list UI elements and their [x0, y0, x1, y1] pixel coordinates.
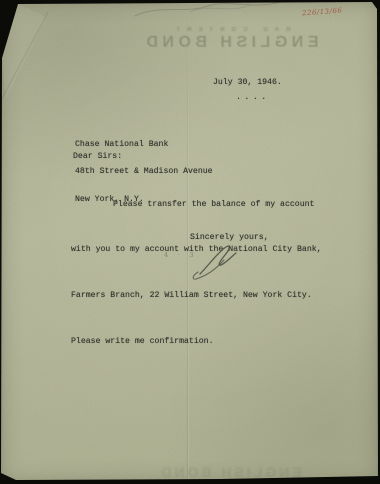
pencil-note: 4 · 3: [164, 252, 197, 259]
watermark-small-text: RAG CONTENT: [138, 27, 322, 33]
folded-corner-shade: [0, 0, 60, 110]
letter-paper: RAG CONTENT ENGLISH BOND ENGLISH BOND 22…: [0, 0, 380, 484]
watermark-large-text: ENGLISH BOND: [138, 34, 322, 52]
faint-pencil-scribble: [130, 0, 290, 20]
body-line: Please transfer the balance of my accoun…: [71, 197, 341, 212]
body-line: Farmers Branch, 22 William Street, New Y…: [71, 288, 341, 303]
date-separator-dots: ....: [236, 93, 270, 102]
recipient-line: Chase National Bank: [75, 140, 213, 149]
paper-watermark: RAG CONTENT ENGLISH BOND: [138, 27, 322, 52]
body-line: Please write me confirmation.: [71, 334, 341, 349]
salutation: Dear Sirs:: [73, 152, 122, 161]
scanned-letter: RAG CONTENT ENGLISH BOND ENGLISH BOND 22…: [0, 0, 380, 484]
date-line: July 30, 1946.: [213, 78, 282, 87]
archival-number-annotation: 226/13/66: [302, 7, 343, 18]
signature-scribble: [148, 238, 268, 288]
watermark-bottom-fragment: ENGLISH BOND: [150, 464, 310, 480]
